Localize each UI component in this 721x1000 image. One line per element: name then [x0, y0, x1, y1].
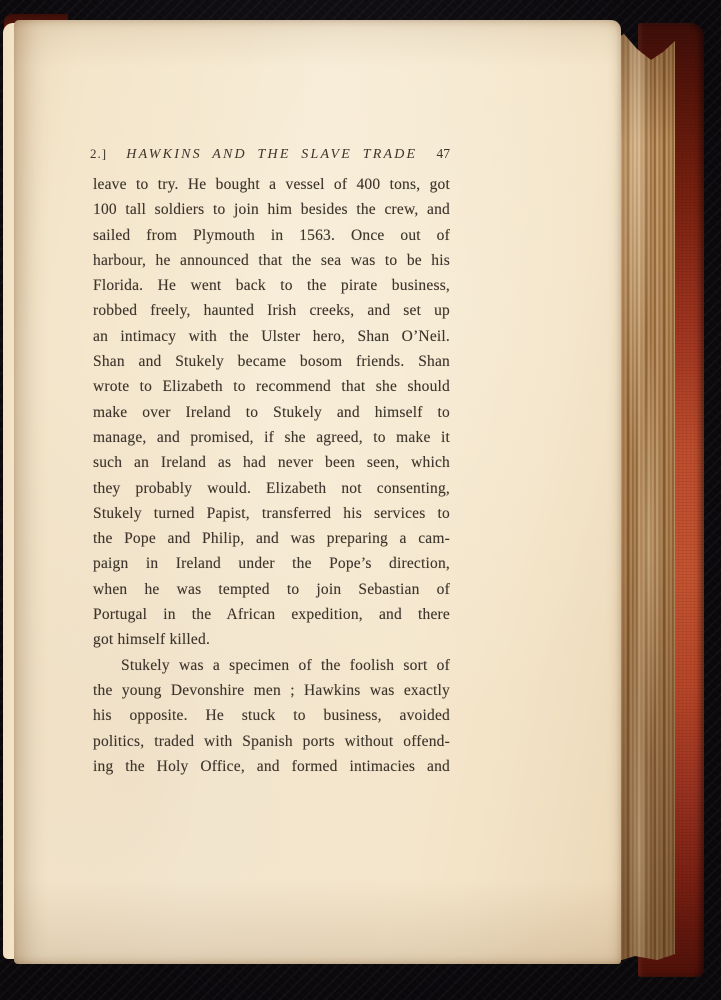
text-line: the Pope and Philip, and was preparing a…: [93, 526, 450, 551]
book-page: 2.] HAWKINS AND THE SLAVE TRADE 47 leave…: [14, 20, 621, 964]
header-page-number: 47: [436, 146, 450, 162]
text-line: Stukely turned Papist, transferred his s…: [93, 501, 450, 526]
text-line: robbed freely, haunted Irish creeks, and…: [93, 298, 450, 323]
page-block-fore-edge: [615, 34, 675, 962]
text-line: ing the Holy Office, and formed intimaci…: [93, 754, 450, 779]
header-section-number: 2.]: [90, 146, 107, 162]
text-line: make over Ireland to Stukely and himself…: [93, 400, 450, 425]
photo-background: { "book_photo": { "header": { "section_m…: [0, 0, 721, 1000]
text-line: leave to try. He bought a vessel of 400 …: [93, 172, 450, 197]
text-line: Stukely was a specimen of the foolish so…: [93, 653, 450, 678]
text-line: 100 tall soldiers to join him besides th…: [93, 197, 450, 222]
text-line: they probably would. Elizabeth not conse…: [93, 476, 450, 501]
text-line: when he was tempted to join Sebastian of: [93, 577, 450, 602]
text-line: such an Ireland as had never been seen, …: [93, 450, 450, 475]
text-line: Florida. He went back to the pirate busi…: [93, 273, 450, 298]
text-line: the young Devonshire men ; Hawkins was e…: [93, 678, 450, 703]
text-line: his opposite. He stuck to business, avoi…: [93, 703, 450, 728]
page-header: 2.] HAWKINS AND THE SLAVE TRADE 47: [90, 146, 450, 168]
text-line: paign in Ireland under the Pope’s direct…: [93, 551, 450, 576]
text-line: politics, traded with Spanish ports with…: [93, 729, 450, 754]
text-line: harbour, he announced that the sea was t…: [93, 248, 450, 273]
text-line: manage, and promised, if she agreed, to …: [93, 425, 450, 450]
text-line: an intimacy with the Ulster hero, Shan O…: [93, 324, 450, 349]
text-line: Portugal in the African expedition, and …: [93, 602, 450, 627]
text-line: sailed from Plymouth in 1563. Once out o…: [93, 223, 450, 248]
body-text: leave to try. He bought a vessel of 400 …: [93, 172, 450, 779]
text-line: Shan and Stukely became bosom friends. S…: [93, 349, 450, 374]
text-line: got himself killed.: [93, 627, 450, 652]
header-title: HAWKINS AND THE SLAVE TRADE: [126, 147, 417, 163]
text-line: wrote to Elizabeth to recommend that she…: [93, 374, 450, 399]
